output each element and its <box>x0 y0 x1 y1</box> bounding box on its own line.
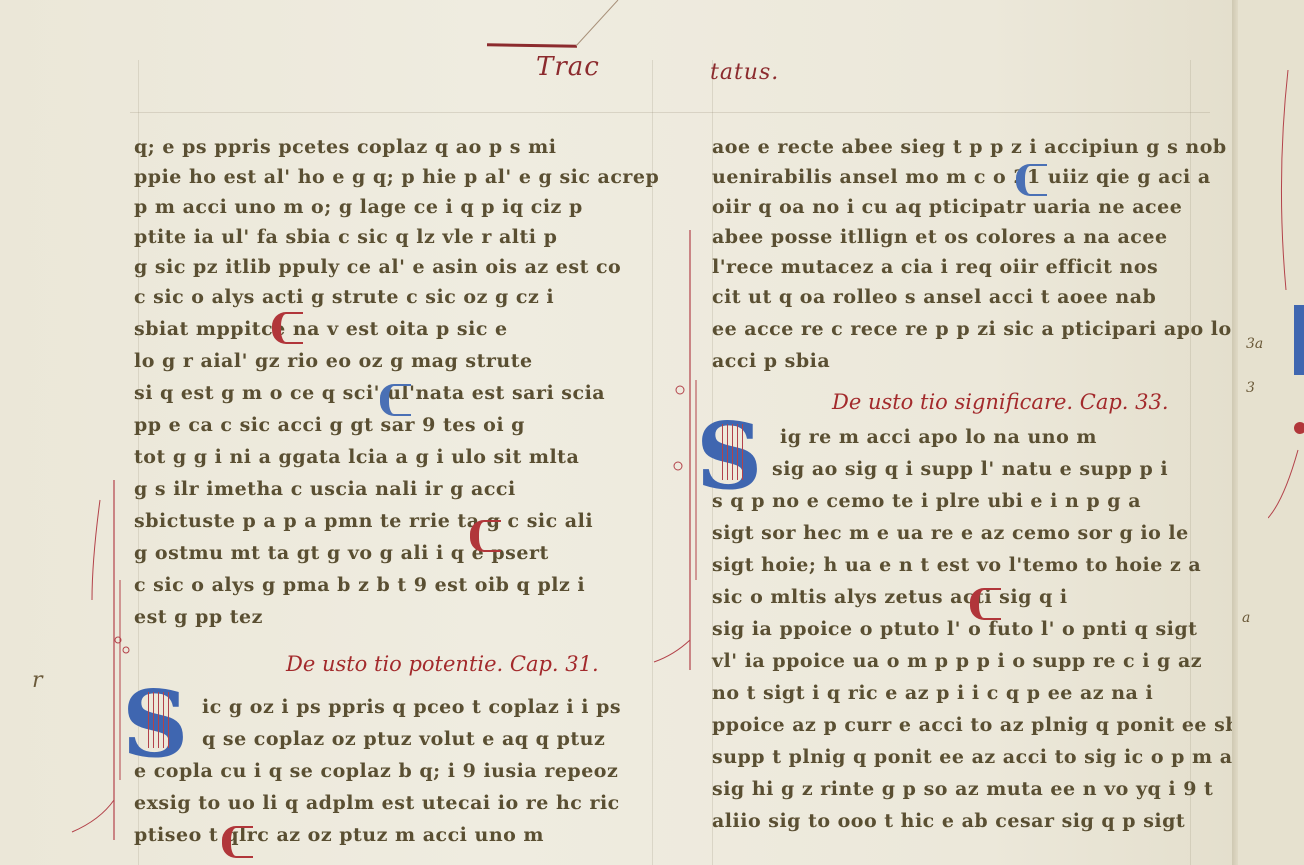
text-line: pp e ca c sic acci g gt sar 9 tes oi g <box>134 414 525 436</box>
text-line: ppie ho est al' ho e g q; p hie p al' e … <box>134 166 659 188</box>
text-line: ptite ia ul' fa sbia c sic q lz vle r al… <box>134 226 557 248</box>
text-line: g sic pz itlib ppuly ce al' e asin ois a… <box>134 256 621 278</box>
text-line: e copla cu i q se coplaz b q; i 9 iusia … <box>134 760 618 782</box>
text-line: est g pp tez <box>134 606 263 628</box>
facing-page-edge: 3a 3 a <box>1238 0 1304 865</box>
text-line: l'rece mutacez a cia i req oiir efficit … <box>712 256 1158 278</box>
text-line: tot g g i ni a ggata lcia a g i ulo sit … <box>134 446 579 468</box>
pen-stroke <box>540 0 620 50</box>
text-line: ig re m acci apo lo na uno m <box>780 426 1097 448</box>
text-line: uenirabilis ansel mo m c o 21 uiiz qie g… <box>712 166 1211 188</box>
text-line: sbictuste p a p a pmn te rrie ta g c sic… <box>134 510 593 532</box>
marginal-penwork <box>650 230 710 670</box>
text-line: oiir q oa no i cu aq pticipatr uaria ne … <box>712 196 1182 218</box>
running-head-left: Trac <box>536 52 600 82</box>
text-line: cit ut q oa rolleo s ansel acci t aoee n… <box>712 286 1156 308</box>
text-line: sigt hoie; h ua e n t est vo l'temo to h… <box>712 554 1201 576</box>
text-line: vl' ia ppoice ua o m p p p i o supp re c… <box>712 650 1202 672</box>
text-line: sigt sor hec m e ua re e az cemo sor g i… <box>712 522 1189 544</box>
text-line: sic o mltis alys zetus acti sig q i <box>712 586 1068 608</box>
text-line: exsig to uo li q adplm est utecai io re … <box>134 792 620 814</box>
paraph-mark <box>970 588 1001 620</box>
text-line: sig ia ppoice o ptuto l' o futo l' o pnt… <box>712 618 1197 640</box>
chapter-rubric: De usto tio potentie. Cap. 31. <box>286 652 599 676</box>
text-line: q se coplaz oz ptuz volut e aq q ptuz <box>202 728 605 750</box>
running-head-right: tatus. <box>710 60 779 85</box>
text-line: no t sigt i q ric e az p i i c q p ee az… <box>712 682 1153 704</box>
text-line: aoe e recte abee sieg t p p z i accipiun… <box>712 136 1227 158</box>
text-line: supp t plnig q ponit ee az acci to sig i… <box>712 746 1233 768</box>
manuscript-page: Trac tatus. q; e ps ppris pcetes coplaz … <box>0 0 1232 865</box>
text-line: s q p no e cemo te i plre ubi e i n p g … <box>712 490 1141 512</box>
paraph-mark <box>272 312 303 344</box>
ruling-line <box>130 112 1210 113</box>
text-line: lo g r aial' gz rio eo oz g mag strute <box>134 350 533 372</box>
paraph-mark <box>1016 164 1047 196</box>
text-line: p m acci uno m o; g lage ce i q p iq ciz… <box>134 196 583 218</box>
initial-penwork <box>718 424 744 480</box>
marginal-penwork <box>70 480 140 840</box>
text-line: aliio sig to ooo t hic e ab cesar sig q … <box>712 810 1185 832</box>
chapter-rubric: De usto tio significare. Cap. 33. <box>832 390 1169 414</box>
text-line: ptiseo t qlrc az oz ptuz m acci uno m <box>134 824 544 846</box>
text-line: ee acce re c rece re p p zi sic a pticip… <box>712 318 1232 340</box>
text-line: si q est g m o ce q sci' ul'nata est sar… <box>134 382 605 404</box>
text-line: q; e ps ppris pcetes coplaz q ao p s mi <box>134 136 556 158</box>
text-line: sig ao sig q i supp l' natu e supp p i <box>772 458 1168 480</box>
text-line: acci p sbia <box>712 350 830 372</box>
paraph-mark <box>222 826 253 858</box>
text-line: abee posse itllign et os colores a na ac… <box>712 226 1168 248</box>
text-line: sbiat mppitce na v est oita p sic e <box>134 318 508 340</box>
margin-note: a <box>1242 610 1250 626</box>
margin-mark: r <box>32 668 43 693</box>
paraph-mark <box>380 384 411 416</box>
text-line: ic g oz i ps ppris q pceo t coplaz i i p… <box>202 696 621 718</box>
margin-note: 3a <box>1246 336 1263 352</box>
text-line: ppoice az p curr e acci to az plnig q po… <box>712 714 1239 736</box>
text-line: sig hi g z rinte g p so az muta ee n vo … <box>712 778 1213 800</box>
marginal-penwork <box>1268 60 1304 520</box>
text-line: c sic o alys g pma b z b t 9 est oib q p… <box>134 574 585 596</box>
paraph-mark <box>470 520 501 552</box>
text-line: g s ilr imetha c uscia nali ir g acci <box>134 478 516 500</box>
text-line: c sic o alys acti g strute c sic oz g cz… <box>134 286 554 308</box>
margin-note: 3 <box>1246 380 1255 396</box>
initial-penwork <box>144 692 170 748</box>
